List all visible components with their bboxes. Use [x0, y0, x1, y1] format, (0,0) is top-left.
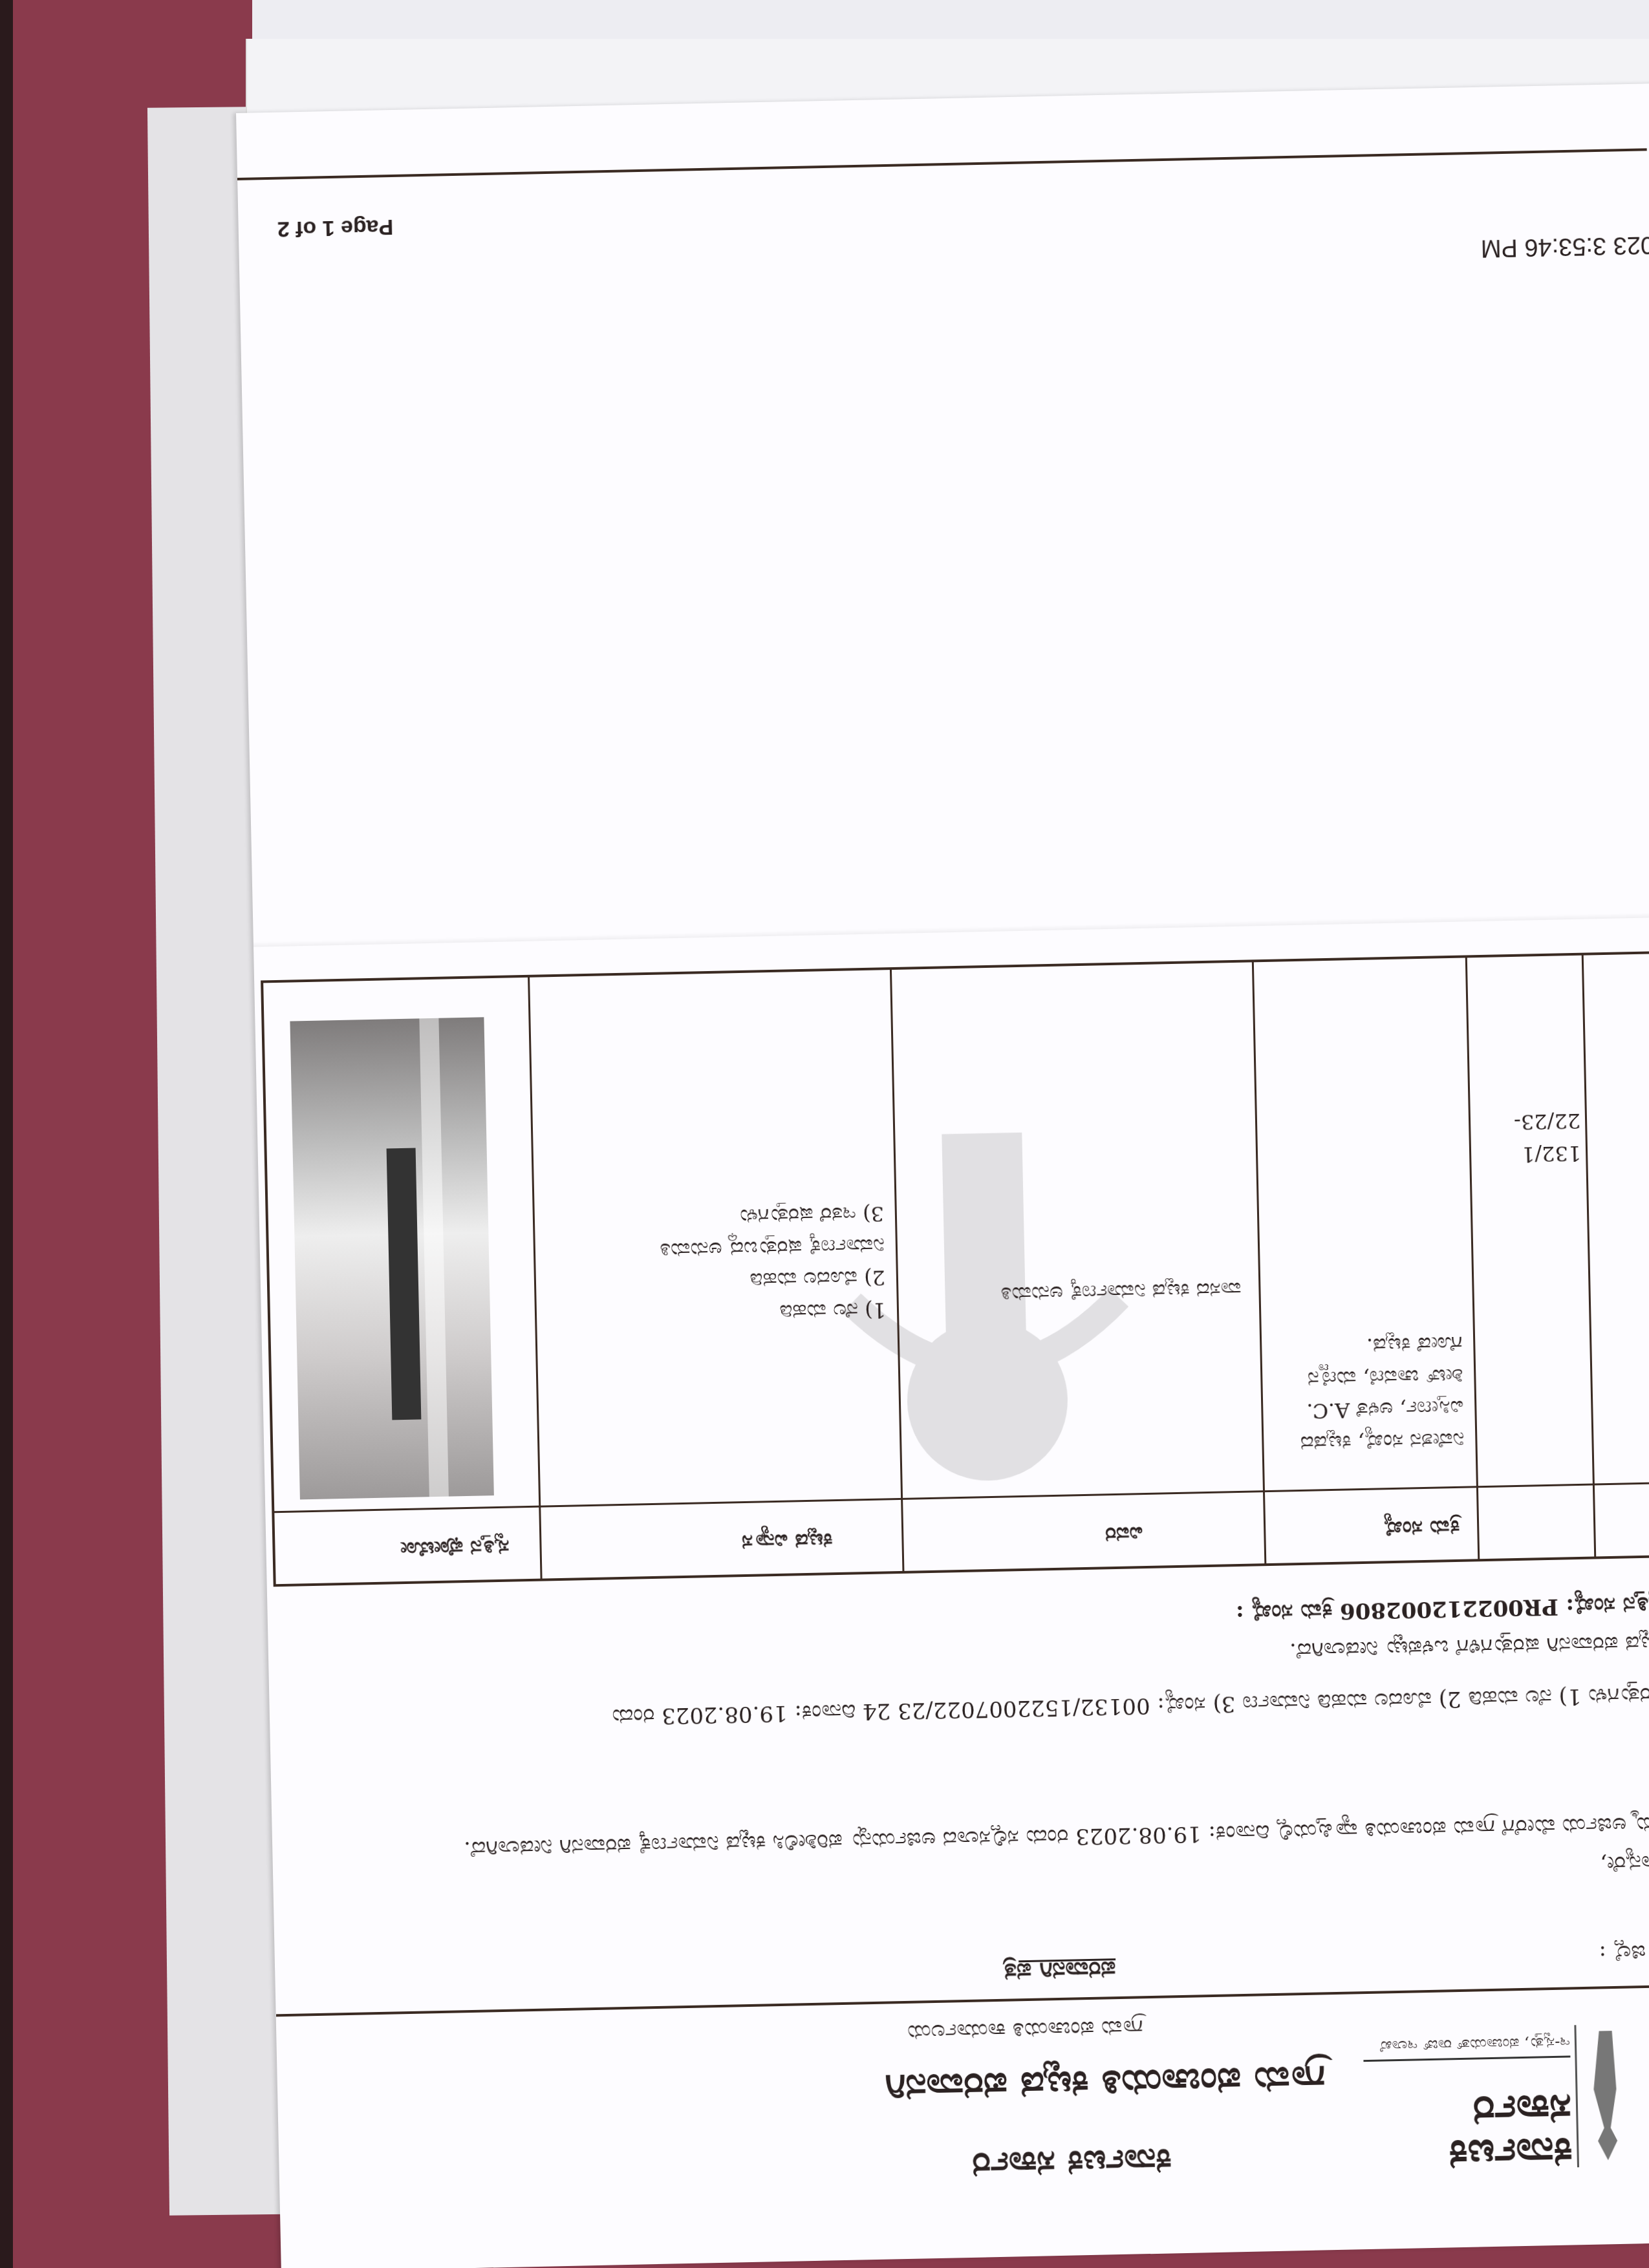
government-logo: ಕರ್ನಾಟಕ ಸರ್ಕಾರ ಇ-ಸ್ವತ್ತು, ಪಂಚಾಯತ್ ರಾಜ್ ಇ…: [1356, 2011, 1637, 2185]
cell-serial: 1: [1600, 1433, 1649, 1466]
office-line: ಗ್ರಾಮ ಪಂಚಾಯತಿ ಕಾರ್ಯಾಲಯ: [907, 2015, 1143, 2046]
page-number: Page 1 of 2: [277, 214, 393, 242]
permit-table: ಕ್ರಮ ಸಂಖ್ಯೆ ವಿವರ ಕಟ್ಟಡ ವಿನ್ಯಾಸ ಸ್ವತ್ತಿನ …: [261, 951, 1649, 1587]
header-details: ಕ್ರಮ ಸಂಖ್ಯೆ: [1383, 1515, 1460, 1541]
order-title: ಪರವಾನಗಿ ಪತ್ರ: [1003, 1955, 1116, 1985]
cell-details: ನಿವೇಶನ ಸಂಖ್ಯೆ, ಕಟ್ಟಡದ ವಿಸ್ತೀರ್ಣ, ಅಳತೆ A.…: [1268, 1327, 1465, 1460]
col-details: [1252, 957, 1480, 1563]
emblem-figure-icon: [1574, 2024, 1637, 2167]
header-layout: ಕಟ್ಟಡ ವಿನ್ಯಾಸ: [742, 1528, 833, 1555]
folder-edge: [0, 0, 13, 2268]
document-footer: Page 1 of 2 ...023 3:53:46 PM: [263, 155, 1635, 261]
cell-conditions: ವಾಸದ ಕಟ್ಟಡ ನಿರ್ಮಾಣಕ್ಕೆ ಅನುಮತಿ: [918, 1273, 1242, 1312]
cell-layout: 1) ನೆಲ ಮಹಡಿ 2) ಮೊದಲ ಮಹಡಿ ನಿರ್ಮಾಣಕ್ಕೆ ಷರತ…: [541, 1197, 886, 1332]
print-timestamp: ...023 3:53:46 PM: [1480, 230, 1649, 261]
scanned-document-page: ಕರ್ನಾಟಕ ಸರ್ಕಾರ ಇ-ಸ್ವತ್ತು, ಪಂಚಾಯತ್ ರಾಜ್ ಇ…: [236, 83, 1649, 2268]
paper-fold: [253, 912, 1649, 947]
photo-pillar: [419, 1018, 448, 1497]
property-photo: [290, 1017, 493, 1499]
department-title: ಗ್ರಾಮ ಪಂಚಾಯತಿ ಕಟ್ಟಡ ಪರವಾನಗಿ: [885, 2057, 1326, 2110]
col-conditions: [890, 962, 1266, 1571]
col-reference: [1465, 956, 1596, 1559]
district-label: ಜಿಲ್ಲೆ :: [1599, 1940, 1646, 1967]
logo-subtitle: ಇ-ಸ್ವತ್ತು, ಪಂಚಾಯತ್ ರಾಜ್ ಇಲಾಖೆ: [1363, 2033, 1571, 2062]
document-header: ಕರ್ನಾಟಕ ಸರ್ಕಾರ ಇ-ಸ್ವತ್ತು, ಪಂಚಾಯತ್ ರಾಜ್ ಇ…: [354, 2011, 1649, 2206]
header-description: ವಿವರ: [1105, 1521, 1143, 1547]
header-divider: [276, 1985, 1649, 2017]
logo-name: ಕರ್ನಾಟಕ ಸರ್ಕಾರ: [1357, 2087, 1573, 2178]
cell-reference: 132/1 22/23-: [1471, 1105, 1582, 1171]
header-photo: ಸ್ವತ್ತಿನ ಫೋಟೋ: [400, 1535, 510, 1563]
photo-door: [387, 1148, 422, 1420]
government-title: ಕರ್ನಾಟಕ ಸರ್ಕಾರ: [972, 2140, 1172, 2186]
